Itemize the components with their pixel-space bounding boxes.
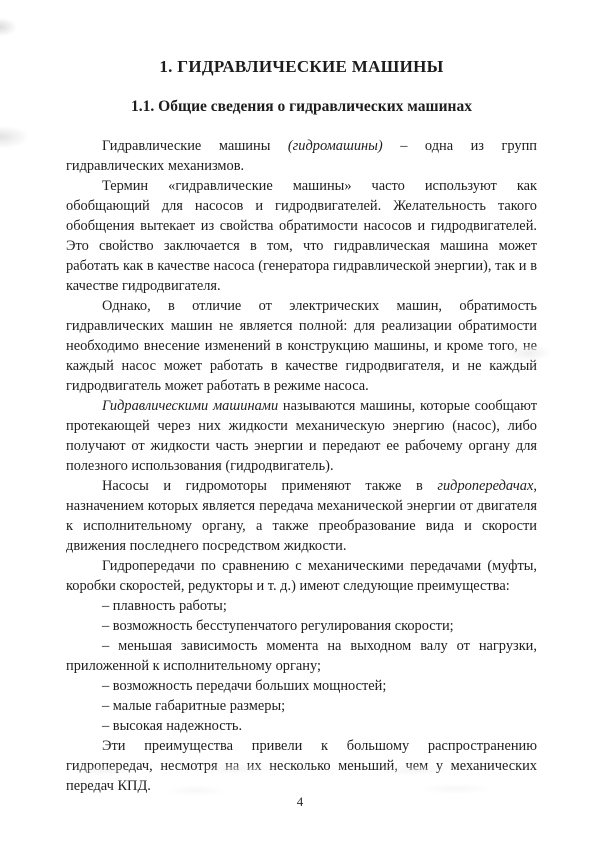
paragraph-definition: Гидравлическими машинами называются маши… <box>66 396 537 476</box>
text-run: – малые габаритные размеры; <box>102 698 285 714</box>
list-item-torque-dependence: – меньшая зависимость момента на выходно… <box>66 636 537 676</box>
document-page: 1. ГИДРАВЛИЧЕСКИЕ МАШИНЫ 1.1. Общие свед… <box>0 0 600 849</box>
section-heading: 1.1. Общие сведения о гидравлических маш… <box>66 98 537 116</box>
paragraph-term: Термин «гидравлические машины» часто исп… <box>66 176 537 296</box>
list-item-reliability: – высокая надежность. <box>66 716 537 736</box>
paragraph-hydrodrives: Насосы и гидромоторы применяют также в г… <box>66 476 537 556</box>
text-run: – меньшая зависимость момента на выходно… <box>66 638 537 674</box>
list-item-stepless-regulation: – возможность бесступенчатого регулирова… <box>66 616 537 636</box>
text-run: – возможность передачи больших мощностей… <box>102 678 386 694</box>
page-number: 4 <box>0 794 600 810</box>
list-item-smoothness: – плавность работы; <box>66 596 537 616</box>
paragraph-reversibility: Однако, в отличие от электрических машин… <box>66 296 537 396</box>
paragraph-intro: Гидравлические машины (гидромашины) – од… <box>66 136 537 176</box>
text-run: Эти преимущества привели к большому расп… <box>66 738 537 794</box>
text-run: Гидравлические машины <box>102 138 288 154</box>
text-run-italic: гидропередачах <box>437 478 533 494</box>
text-run: – плавность работы; <box>102 598 227 614</box>
paragraph-conclusion: Эти преимущества привели к большому расп… <box>66 736 537 796</box>
text-run-italic: (гидромашины) <box>288 138 383 154</box>
list-item-small-size: – малые габаритные размеры; <box>66 696 537 716</box>
text-run: Гидропередачи по сравнению с механически… <box>66 558 537 594</box>
text-run-italic: Гидравлическими машинами <box>102 398 278 414</box>
chapter-heading: 1. ГИДРАВЛИЧЕСКИЕ МАШИНЫ <box>66 57 537 76</box>
list-item-high-power: – возможность передачи больших мощностей… <box>66 676 537 696</box>
text-run: Однако, в отличие от электрических машин… <box>66 298 537 394</box>
text-run: Насосы и гидромоторы применяют также в <box>102 478 437 494</box>
body-text: Гидравлические машины (гидромашины) – од… <box>66 136 537 796</box>
text-run: – возможность бесступенчатого регулирова… <box>102 618 454 634</box>
paragraph-advantages-intro: Гидропередачи по сравнению с механически… <box>66 556 537 596</box>
text-run: Термин «гидравлические машины» часто исп… <box>66 178 537 294</box>
text-run: – высокая надежность. <box>102 718 242 734</box>
